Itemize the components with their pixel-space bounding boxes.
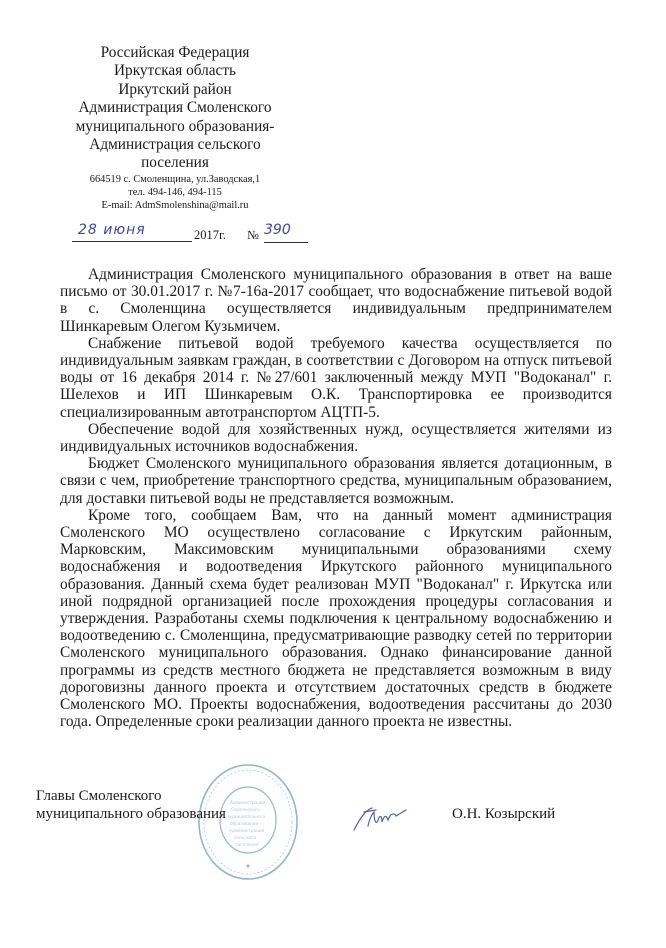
letterhead-line-region: Иркутская область [60, 62, 290, 80]
paragraph-water-scheme: Кроме того, сообщаем Вам, что на данный … [60, 507, 612, 731]
signatory-title: Главы Смоленского муниципального образов… [36, 787, 226, 823]
svg-text:Смоленского: Смоленского [231, 807, 260, 812]
letterhead-line-district: Иркутский район [60, 81, 290, 99]
letterhead-line-settlement: поселения [60, 154, 290, 172]
paragraph-budget: Бюджет Смоленского муниципального образо… [60, 455, 612, 507]
paragraph-drinking-water-contract: Снабжение питьевой водой требуемого каче… [60, 335, 612, 421]
document-number-label: № [247, 228, 259, 243]
letterhead-line-admin: Администрация Смоленского [60, 99, 290, 117]
svg-text:поселения: поселения [235, 842, 259, 847]
svg-text:образования -: образования - [230, 821, 262, 826]
svg-text:Администрация: Администрация [230, 800, 266, 805]
letterhead-email: E-mail: AdmSmolenshina@mail.ru [60, 199, 290, 212]
signatory-title-line2: муниципального образования [36, 805, 226, 823]
document-year: 2017г. [194, 228, 226, 243]
svg-text:муниципального: муниципального [228, 814, 266, 819]
paragraph-water-supply: Администрация Смоленского муниципального… [60, 266, 612, 335]
svg-text:сельского: сельского [234, 835, 257, 840]
letterhead: Российская Федерация Иркутская область И… [60, 44, 290, 212]
svg-text:Администрация: Администрация [229, 828, 265, 833]
handwritten-document-number: 390 [264, 222, 308, 243]
signatory-title-line1: Главы Смоленского [36, 787, 226, 805]
letterhead-line-admin-rural: Администрация сельского [60, 136, 290, 154]
letterhead-address: 664519 с. Смоленщина, ул.Заводская,1 [60, 173, 290, 186]
handwritten-date: 28 июня [72, 222, 192, 242]
letterhead-line-country: Российская Федерация [60, 44, 290, 62]
letterhead-line-municipality: муниципального образования- [60, 118, 290, 136]
letterhead-phone: тел. 494-146, 494-115 [60, 186, 290, 199]
document-dateline: 28 июня 2017г. № 390 [72, 222, 302, 248]
signer-name: О.Н. Козырский [452, 806, 555, 823]
letter-body: Администрация Смоленского муниципального… [60, 266, 612, 730]
paragraph-household-water: Обеспечение водой для хозяйственных нужд… [60, 421, 612, 455]
handwritten-signature-icon [350, 804, 412, 834]
